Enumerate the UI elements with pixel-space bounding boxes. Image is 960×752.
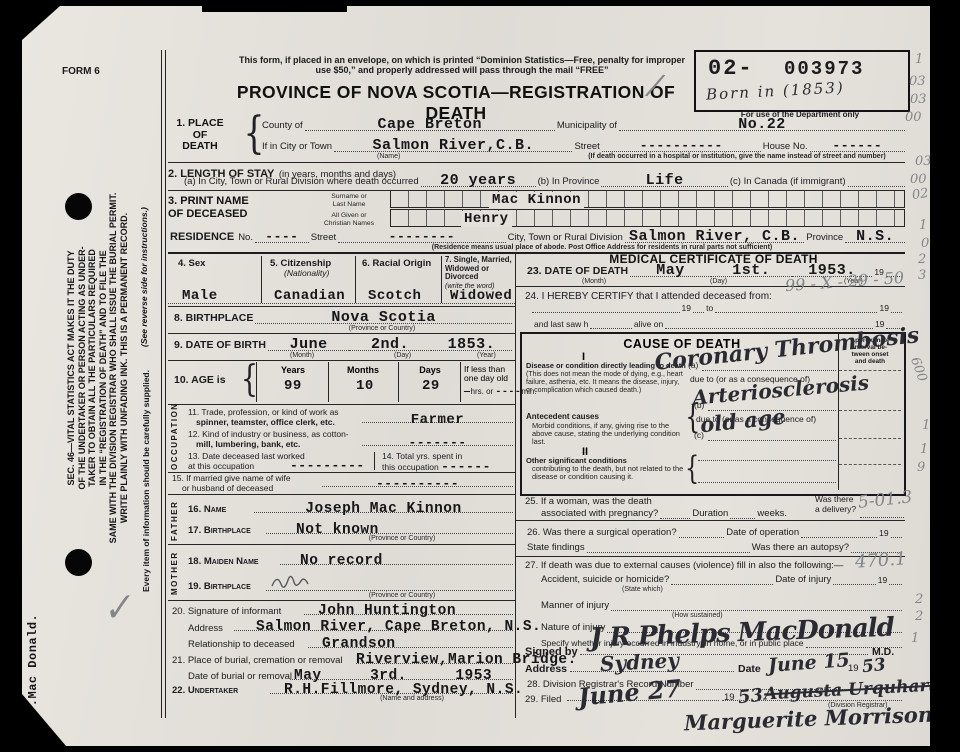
mother-maiden-label: 18. Maiden Name (188, 556, 259, 567)
death-registration-form-paper: FORM 6 Dr.P.Mac Donald. SEC. 46—VITAL ST… (22, 6, 930, 746)
surname-value: Mac Kinnon (489, 192, 584, 208)
occupation-12-label-2: mill, lumbering, bank, etc. (196, 440, 349, 450)
residence-province-field: N.S. (845, 226, 905, 243)
occupation-13-label: 13. Date deceased last worked at this oc… (188, 452, 305, 471)
accident-line: Accident, suicide or homicide? Date of i… (539, 572, 902, 585)
certify-19-b: 19 (879, 303, 888, 313)
spouse-value: ---------- (376, 476, 459, 491)
duration-field (730, 518, 755, 519)
sec46-line5: SAME WITH THE DIVISION REGISTRAR WHO SHA… (108, 148, 119, 588)
rule-under-25 (515, 520, 905, 521)
signed-date-label: Date (738, 663, 761, 675)
age-months-label: Months (330, 365, 396, 375)
margin-number: 0 (921, 236, 929, 251)
last-saw-label: and last saw h (534, 319, 588, 329)
margin-number: 2 (918, 252, 926, 267)
given-names-label: All Given or Christian Names (310, 212, 388, 227)
section3-label: 3. PRINT NAME OF DECEASED (168, 195, 303, 221)
death-day-note: (Day) (710, 278, 727, 285)
mother-birthplace-note: (Province or Country) (322, 592, 482, 599)
margin-number: 03 (915, 154, 930, 169)
operation-date-label: Date of operation (726, 527, 799, 538)
burial-date-field: May 3rd. 1953 (290, 665, 513, 680)
residence-note: (Residence means usual place of abode. P… (352, 244, 852, 251)
accident-field (671, 584, 773, 585)
findings-label: State findings (527, 542, 585, 553)
father-name-field: Joseph Mac Kinnon (254, 498, 513, 513)
sec46-line2: OF THE UNDERTAKER OR PERSON ACTING AS UN… (77, 148, 88, 588)
death-day-field: 1st. (711, 260, 792, 277)
birth-month-note: (Month) (290, 352, 314, 359)
margin-number: 1 (911, 631, 919, 646)
sec46-line1: SEC. 46—VITAL STATISTICS ACT MAKES IT TH… (66, 148, 77, 588)
father-name-value: Joseph Mac Kinnon (305, 501, 461, 517)
physician-address-handwritten: Sydney (599, 648, 679, 676)
section1-label: 1. PLACE OF DEATH (168, 118, 232, 153)
margin-number: 9 (917, 460, 925, 475)
sec46-line6: WRITE PLAINLY WITH UNFADING INK. THIS IS… (119, 148, 130, 588)
given-names-label-1: All Given or (310, 212, 388, 220)
undertaker-field: R.H.Fillmore, Sydney, N.S. (270, 679, 513, 694)
operation-label: 26. Was there a surgical operation? (527, 527, 677, 538)
margin-number: 1 (920, 442, 928, 457)
margin-number: 2 (915, 592, 923, 607)
interval-line4: and death (839, 358, 901, 365)
birth-day-value: 2nd. (371, 337, 409, 352)
alive-on-field (665, 328, 873, 329)
registration-number-box: 02- 003973 Born in (1853) (694, 50, 910, 112)
residence-street-value: -------- (389, 230, 455, 243)
birth-month-value: June (290, 337, 328, 352)
residence-no-value: ---- (265, 230, 298, 243)
marital-label-2: Widowed or Divorced (445, 265, 515, 282)
father-birthplace-note: (Province or Country) (322, 535, 482, 542)
county-label: County of (262, 120, 303, 131)
sex-row-dotted-line (168, 289, 515, 304)
antecedent-paren: Morbid conditions, if any, giving rise t… (532, 422, 686, 446)
residence-province-value: N.S. (856, 229, 894, 244)
father-birthplace-field: Not known (266, 519, 513, 534)
section3-label-1: 3. PRINT NAME (168, 195, 303, 208)
other-field-1 (698, 458, 836, 461)
informant-relationship-label: Relationship to deceased (188, 639, 295, 650)
age-cell-divider-1 (256, 362, 257, 402)
operation-date-field (801, 537, 877, 538)
house-no-field: ------ (810, 135, 905, 152)
date-of-birth-label: 9. DATE OF BIRTH (174, 339, 266, 351)
residence-city-value: Salmon River, C.B. (629, 229, 800, 244)
informant-address-label: Address (188, 623, 223, 634)
last-saw-field1 (590, 328, 632, 329)
birth-year-value: 1853. (448, 337, 496, 352)
length-of-stay-line: (a) In City, Town or Rural Division wher… (182, 173, 905, 187)
marital-label: 7. Single, Married, Widowed or Divorced … (445, 256, 515, 290)
surname-grid: Mac Kinnon (390, 190, 905, 208)
registration-number: 003973 (784, 58, 864, 80)
occupation-11-label: 11. Trade, profession, or kind of work a… (188, 408, 339, 427)
findings-field (587, 552, 750, 553)
age-cell-divider-4 (460, 362, 461, 402)
operation-19-dots (891, 537, 902, 538)
signed-date-handwritten: June 15 (767, 649, 850, 677)
death-month-field: May (630, 260, 711, 277)
mother-birthplace-label: 19. Birthplace (188, 581, 251, 592)
weeks-label: weeks. (757, 508, 787, 519)
delivery-label-2: a delivery? (815, 504, 856, 514)
delivery-label-1: Was there (815, 494, 853, 504)
alive-on-label: alive on (634, 319, 663, 329)
death-month-note: (Month) (582, 278, 606, 285)
death-month-value: May (656, 263, 685, 278)
last-saw-alive-line: and last saw h alive on 19 (532, 316, 902, 329)
mother-group-label: MOTHER (170, 551, 179, 595)
occupation-group-label: OCCUPATION (170, 406, 179, 470)
undertaker-label: 22. Undertaker (172, 685, 238, 696)
certify-from-field (532, 312, 680, 313)
birth-day-note: (Day) (394, 352, 411, 359)
antecedent-label: Antecedent causes (526, 412, 599, 421)
delivery-pencil-annotation: 5-01.3 (857, 487, 913, 513)
mother-birthplace-field (266, 576, 513, 591)
occupation-12-label: 12. Kind of industry or business, as cot… (188, 430, 349, 449)
city-value: Salmon River,C.B. (372, 138, 534, 153)
margin-number: 2 (915, 609, 923, 624)
registration-prefix: 02- (708, 56, 754, 81)
interval-rule-4 (839, 464, 901, 465)
occupation-12-field: ------- (362, 432, 513, 446)
rule-under-father (168, 544, 515, 545)
stay-city-value: 20 years (440, 173, 516, 188)
stay-city-field: 20 years (421, 170, 536, 187)
signed-date-year-handwritten: 53 (861, 655, 887, 677)
stay-province-field: Life (601, 170, 728, 187)
rule-under-section1 (168, 162, 905, 163)
given-names-grid: Henry (390, 209, 905, 227)
interval-rule-3 (839, 438, 901, 439)
county-value: Cape Breton (378, 117, 483, 132)
sec46-notice-block: SEC. 46—VITAL STATISTICS ACT MAKES IT TH… (66, 148, 134, 588)
margin-number: 1 (915, 52, 923, 67)
father-birthplace-label: 17. Birthplace (188, 525, 251, 536)
form-number: FORM 6 (62, 66, 100, 77)
cause-of-death-box: CAUSE OF DEATH Approximate interval be- … (520, 332, 906, 496)
physician-address-label: Address (525, 663, 567, 675)
municipality-value: No.22 (738, 117, 786, 132)
residence-no-field: ---- (255, 226, 309, 243)
stay-province-value: Life (646, 173, 684, 188)
registrar-signature-handwritten: Marguerite Morrison (684, 702, 930, 736)
state-which-note: (State which) (622, 586, 663, 593)
left-double-rule (161, 50, 166, 718)
street-value: ---------- (640, 139, 723, 152)
place-city-line: If in City or Town Salmon River,C.B. Str… (260, 137, 905, 152)
occupation-11-value: Farmer (411, 412, 464, 428)
birth-year-note: (Year) (477, 352, 496, 359)
residence-city-label: City, Town or Rural Division (508, 232, 623, 243)
operation-field (679, 537, 725, 538)
certify-19b-dots (891, 312, 902, 313)
pregnancy-line: associated with pregnancy? Duration week… (539, 506, 789, 519)
findings-line: State findings Was there an autopsy? (525, 540, 902, 553)
injury-19: 19 (878, 575, 887, 585)
age-months-value: 10 (356, 378, 374, 394)
residence-province-label: Province (806, 232, 843, 243)
municipality-label: Municipality of (557, 120, 617, 131)
citizenship-sub: (Nationality) (284, 268, 329, 278)
certify-from-to-line: 19 to 19 (532, 300, 902, 313)
age-years-label: Years (260, 365, 326, 375)
municipality-field: No.22 (619, 114, 905, 131)
residence-no-label: No. (238, 232, 253, 243)
birthplace-line: 8. BIRTHPLACE Nova Scotia (172, 309, 512, 324)
street-field: ---------- (602, 135, 761, 152)
city-name-note: (Name) (377, 153, 400, 160)
father-name-label: 16. Name (188, 504, 226, 515)
street-label: Street (574, 141, 599, 152)
age-min-value: ---- (495, 387, 521, 398)
injury-19-dots (889, 584, 902, 585)
age-less-than-day-label: If less than one day old (464, 365, 514, 383)
surname-label: Surname or Last Name (310, 193, 388, 208)
informant-address-field: Salmon River, Cape Breton, N.S. (234, 616, 513, 631)
age-hrs-label: hrs. or (471, 387, 494, 396)
occupation-13-label-2: at this occupation (188, 462, 305, 472)
stay-canada-label: (c) In Canada (if immigrant) (730, 176, 846, 187)
surname-label-2: Last Name (310, 201, 388, 209)
other-conditions-paren: contributing to the death, but not relat… (532, 465, 686, 481)
certify-19a-dots (693, 312, 704, 313)
informant-relationship-field: Grandson (308, 633, 513, 648)
hospital-note: (If death occurred in a hospital or inst… (567, 153, 907, 160)
operation-19: 19 (879, 528, 888, 538)
certify-to-field (715, 312, 877, 313)
margin-number: 600 (907, 355, 930, 383)
birthplace-note: (Province or Country) (302, 325, 462, 332)
age-years-value: 99 (284, 378, 302, 394)
rule-under-26 (515, 556, 905, 557)
mother-maiden-value: No record (300, 553, 383, 569)
interval-rule-2 (839, 410, 901, 411)
place-county-line: County of Cape Breton Municipality of No… (260, 116, 905, 131)
house-no-label: House No. (763, 141, 808, 152)
spouse-label-2: or husband of deceased (182, 484, 291, 494)
occupation-14-label-2: this occupation (382, 462, 439, 472)
photo-corner-top-left (22, 6, 60, 40)
stay-city-label: (a) In City, Town or Rural Division wher… (184, 176, 419, 187)
residence-label: RESIDENCE (170, 231, 234, 243)
margin-number: 00 (905, 110, 922, 125)
sec46-line3: TAKER TO OBTAIN ALL THE PARTICULARS REQU… (87, 148, 98, 588)
margin-number: 3 (918, 268, 926, 283)
see-reverse-note: (See reverse side for instructions.) (139, 152, 149, 347)
occupation-13-14-divider (374, 452, 375, 470)
birthplace-label: 8. BIRTHPLACE (174, 312, 253, 324)
death-day-value: 1st. (732, 263, 770, 278)
occupation-11-field: Farmer (362, 409, 513, 423)
birth-year-field: 1853. (431, 334, 512, 351)
mother-maiden-field: No record (280, 550, 513, 565)
age-cell-divider-2 (328, 362, 329, 402)
margin-number: 02 (911, 186, 929, 203)
margin-number: 03 (909, 74, 926, 89)
section3-label-2: OF DECEASED (168, 208, 303, 221)
birthplace-value: Nova Scotia (331, 310, 436, 325)
scanned-death-registration-photo: { "meta":{"form_no":"FORM 6", "notice1":… (0, 0, 960, 752)
every-item-note: Every item of information should be care… (141, 352, 151, 592)
father-group-label: FATHER (170, 499, 179, 543)
racial-origin-label: 6. Racial Origin (362, 258, 431, 269)
external-causes-label: 27. If death was due to external causes … (525, 560, 843, 571)
certify-to-label: to (706, 303, 713, 313)
mailing-notice-line1: This form, if placed in an envelope, on … (222, 55, 702, 65)
house-no-value: ------ (832, 139, 882, 152)
stay-canada-field (848, 186, 906, 187)
section1-label-1: 1. PLACE (168, 118, 232, 130)
margin-number: 1 (922, 418, 930, 433)
undertaker-note: (Name and address) (332, 695, 492, 702)
occupation-13-value: --------- (290, 458, 365, 473)
pregnancy-label-2: associated with pregnancy? (541, 508, 658, 519)
signed-date-19: 19 (848, 663, 859, 674)
margin-number: 00 (910, 172, 927, 187)
photo-edge-notch (202, 6, 347, 12)
occupation-14-label: 14. Total yrs. spent in this occupation … (382, 452, 491, 472)
county-field: Cape Breton (305, 114, 555, 131)
informant-signature-field: John Huntington (304, 600, 513, 615)
residence-street-label: Street (311, 232, 336, 243)
rule-under-15 (168, 494, 515, 495)
filed-label: 29. Filed (525, 694, 561, 705)
city-label: If in City or Town (262, 141, 332, 152)
manner-line: Manner of injury (539, 598, 902, 611)
sex-label: 4. Sex (178, 258, 205, 269)
checkmark-annotation: ✓ (99, 586, 136, 632)
other-field-2 (698, 480, 836, 483)
spouse-label: 15. If married give name of wife or husb… (172, 474, 291, 493)
external-pencil-annotation: 470.1 (854, 548, 907, 573)
manner-field (611, 610, 902, 611)
born-in-handwritten-note: Born in (1853) (706, 78, 846, 103)
occupation-12-value: ------- (408, 435, 466, 450)
age-days-label: Days (402, 365, 458, 375)
stay-province-label: (b) In Province (538, 176, 600, 187)
autopsy-label: Was there an autopsy? (752, 542, 849, 553)
burial-place-field: Riverview,Marion Bridge. (356, 649, 513, 664)
date-of-death-label: 23. DATE OF DEATH (527, 265, 628, 277)
margin-number: 03 (910, 92, 927, 107)
duration-label: Duration (692, 508, 728, 519)
birth-month-field: June (268, 334, 349, 351)
rule-under-9 (168, 360, 515, 361)
injury-date-label: Date of injury (775, 574, 831, 585)
interval-rule-1 (839, 370, 901, 371)
column-divider (515, 252, 516, 718)
accident-label: Accident, suicide or homicide? (541, 574, 669, 585)
city-field: Salmon River,C.B. (334, 135, 572, 152)
residence-line: RESIDENCE No. ---- Street -------- City,… (168, 228, 905, 243)
certify-19-a: 19 (682, 303, 691, 313)
residence-street-field: -------- (338, 226, 505, 243)
spouse-field: ---------- (322, 473, 513, 487)
occupation-11-label-2: spinner, teamster, office clerk, etc. (196, 418, 339, 428)
birth-day-field: 2nd. (349, 334, 430, 351)
section1-label-3: DEATH (168, 141, 232, 153)
age-days-value: 29 (422, 378, 440, 394)
margin-number: 1 (919, 218, 927, 233)
pregnancy-field (660, 518, 690, 519)
date-of-birth-line: 9. DATE OF BIRTH June 2nd. 1853. (172, 336, 512, 351)
age-cell-divider-3 (398, 362, 399, 402)
given-names-value: Henry (461, 211, 512, 227)
birthplace-field: Nova Scotia (255, 307, 512, 324)
injury-date-field (833, 584, 875, 585)
rule-under-10 (168, 404, 515, 405)
residence-city-field: Salmon River, C.B. (625, 226, 804, 243)
sec46-line4: IN THE “REGISTRATION OF DEATH” AND TO FI… (98, 148, 109, 588)
manner-label: Manner of injury (541, 600, 609, 611)
age-label: 10. AGE is (174, 374, 226, 386)
operation-line: 26. Was there a surgical operation? Date… (525, 525, 902, 538)
surname-label-1: Surname or (310, 193, 388, 201)
interval-column: Approximate interval be- tween onset and… (838, 334, 901, 490)
mailing-notice-line2: use $50,” and properly addressed will pa… (222, 65, 702, 75)
